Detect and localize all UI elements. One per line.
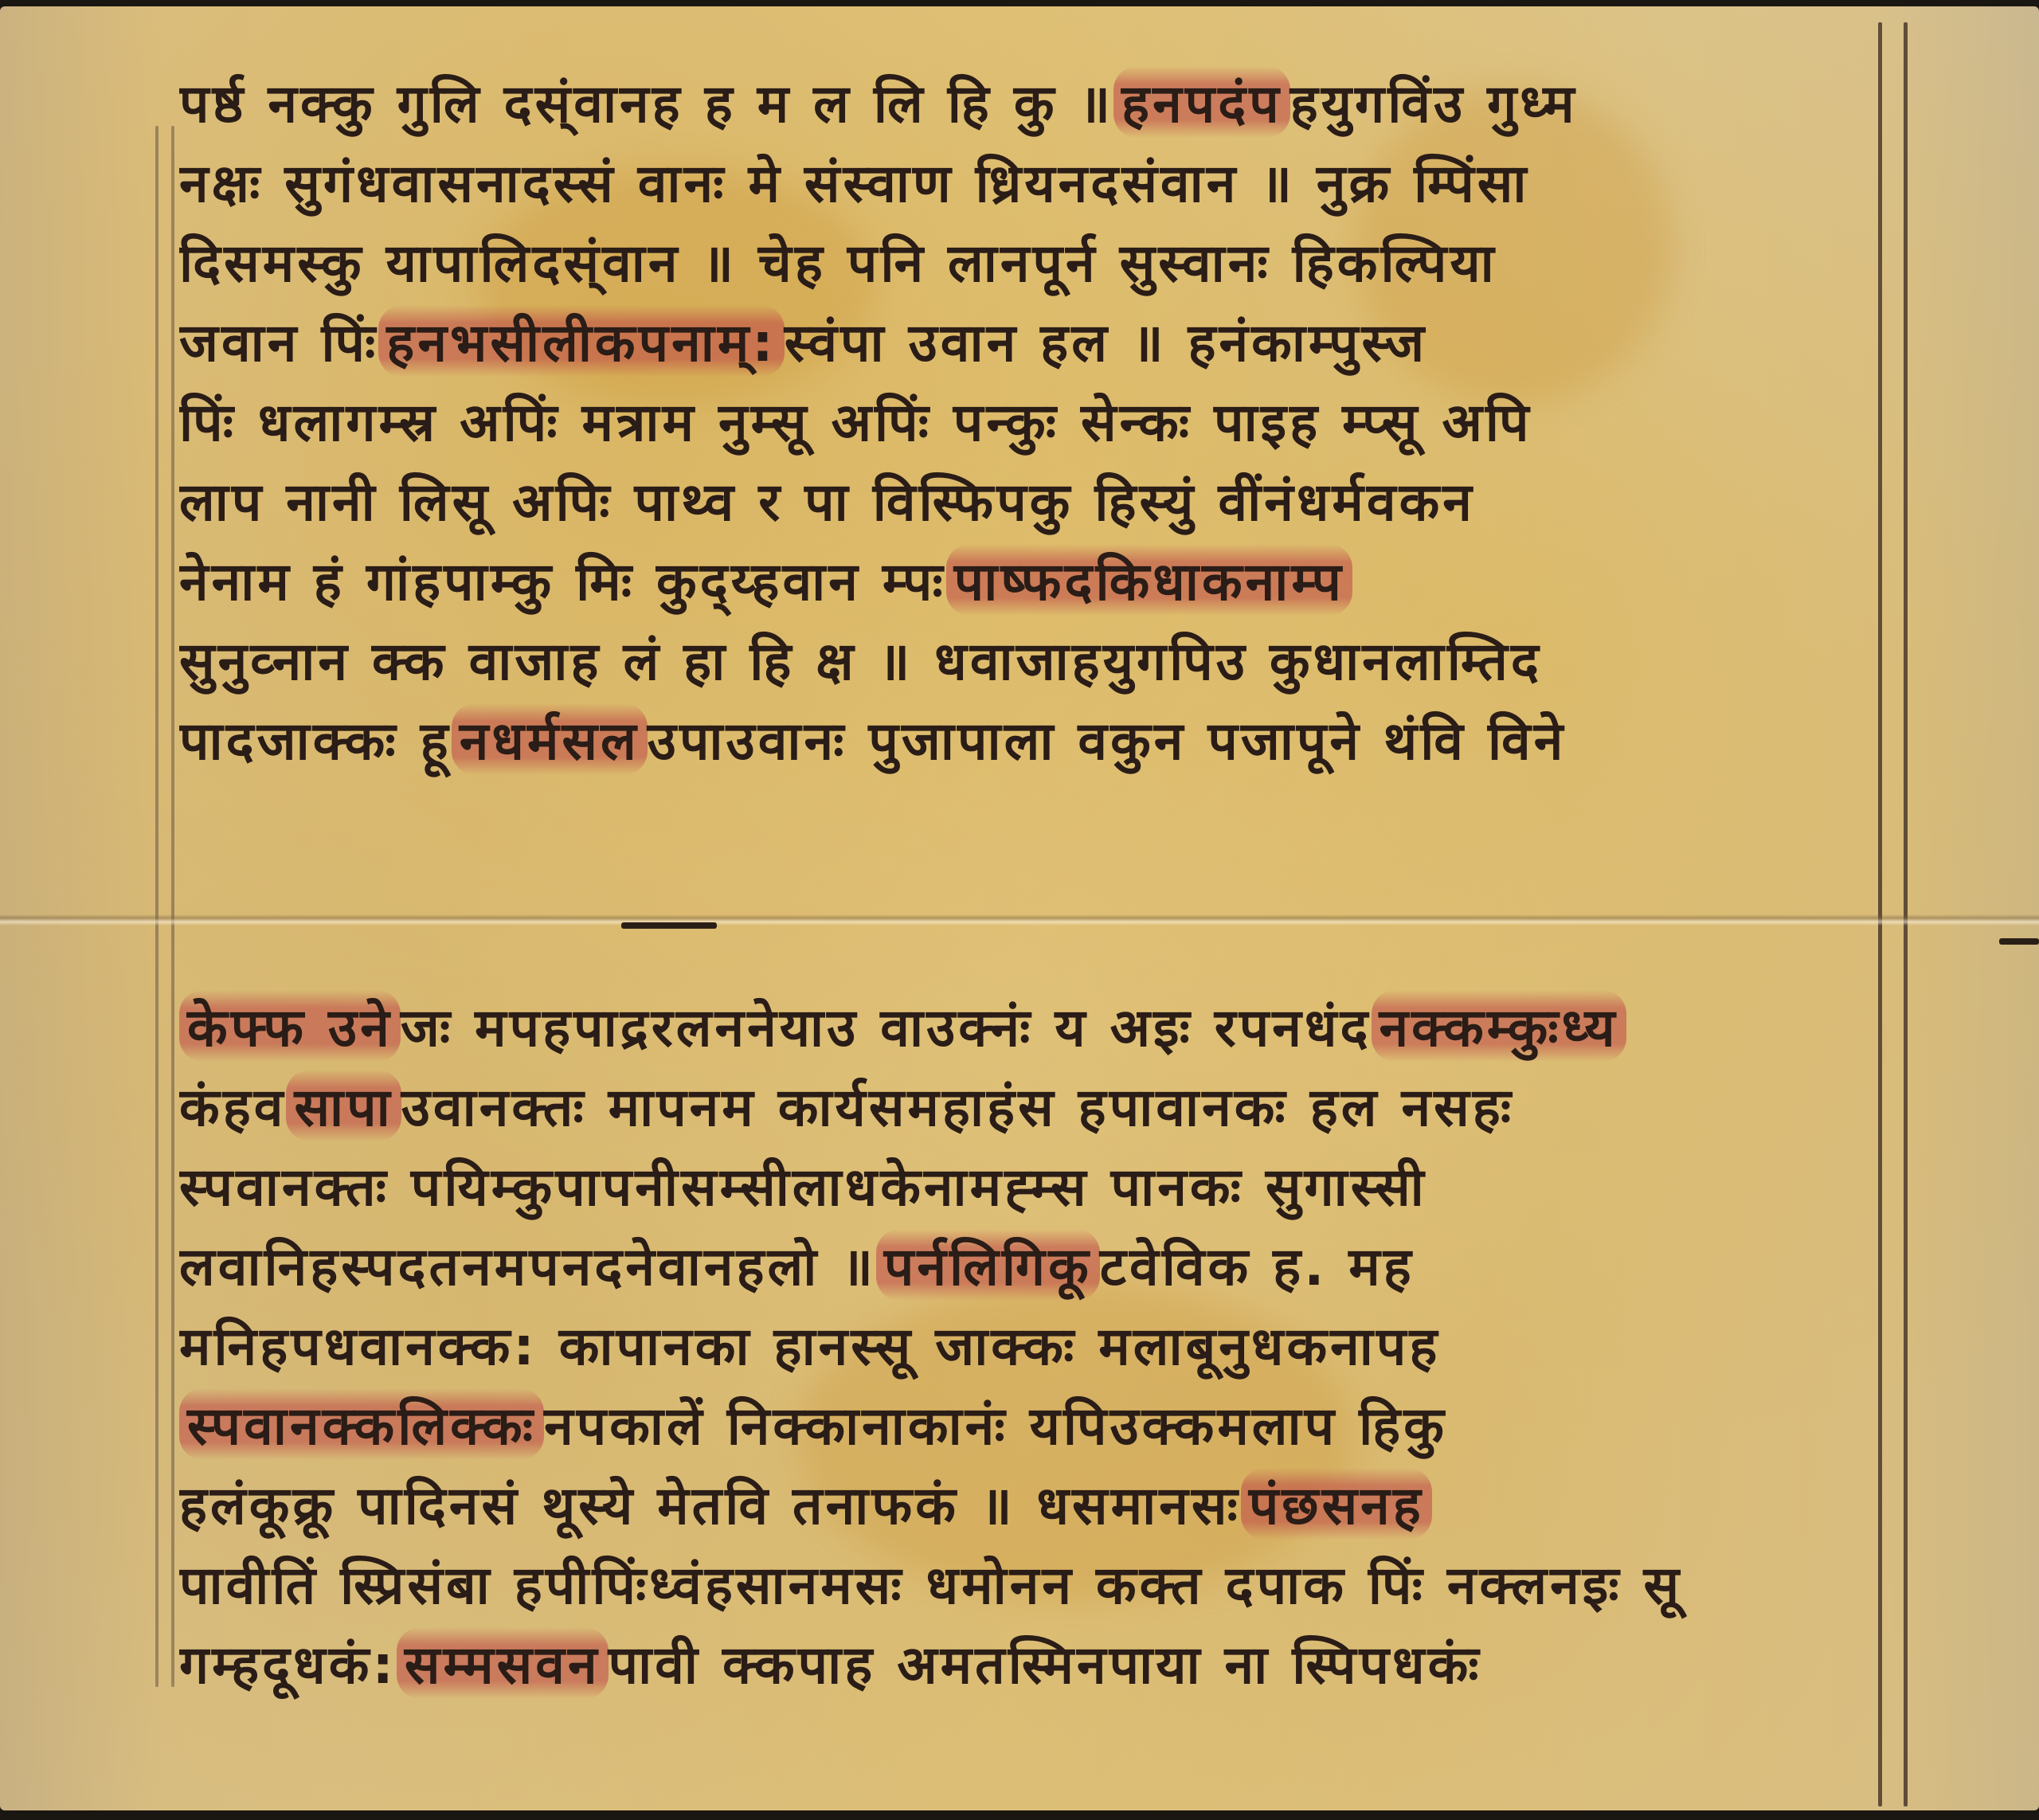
manuscript-line: मनिहपधवानक्क: कापानका हानस्सू जाक्कः मला…	[179, 1305, 1876, 1384]
tear	[1999, 938, 2039, 945]
manuscript-line: स्पवानक्तः पयिम्कुपापनीसम्सीलाधकेनामह्म्…	[179, 1145, 1876, 1225]
manuscript-folio: पर्ष्ठ नक्कु गुलि दस्ंवानह ह म ल लि हि क…	[0, 6, 2039, 1810]
left-margin-rule	[155, 126, 159, 1687]
rubric-text: स्पवानक्कलिक्कः	[179, 1388, 544, 1460]
rubric-text: पाष्फदकिधाकनाम्प	[946, 544, 1352, 616]
manuscript-line: नक्षः सुगंधवासनादस्सं वानः मे संस्वाण ध्…	[179, 142, 1876, 221]
script-text: उवानक्तः मापनम कार्यसमहाहंस हपावानकः हल …	[401, 1070, 1514, 1141]
script-text: जवान पिंः	[179, 305, 378, 377]
rubric-text: सापा	[286, 1070, 401, 1141]
lower-text-block: केफ्फ उने जः मपहपाद्ररलननेयाउ वाउक्नंः य…	[179, 986, 1876, 1703]
rubric-text: सम्मसवन	[397, 1627, 609, 1699]
manuscript-line: पिंः धलागम्स्र अपिंः मत्राम नुम्सू अपिंः…	[179, 381, 1876, 460]
tear	[621, 922, 717, 929]
script-text: पादजाक्कः हू	[179, 703, 452, 775]
rubric-text: पंछसनह	[1241, 1468, 1432, 1540]
script-text: स्पवानक्तः पयिम्कुपापनीसम्सीलाधकेनामह्म्…	[179, 1149, 1427, 1221]
fold-crease	[0, 914, 2039, 926]
script-text: नेनाम हं गांहपाम्कु मिः कुद्य्हवान म्पः	[179, 544, 946, 616]
script-text: दिसमस्कु यापालिदस्ंवान ॥ चेह पनि लानपूर्…	[179, 225, 1497, 297]
script-text: लवानिहस्पदतनमपनदनेवानहलो ॥	[179, 1229, 876, 1301]
manuscript-line: हलंकूक्रू पादिनसं थूस्ये मेतवि तनाफकं ॥ …	[179, 1464, 1876, 1544]
manuscript-line: नेनाम हं गांहपाम्कु मिः कुद्य्हवान म्पः …	[179, 540, 1876, 620]
manuscript-line: पावीतिं स्प्रिसंबा हपीपिंःध्वंहसानमसः धम…	[179, 1544, 1876, 1623]
upper-text-block: पर्ष्ठ नक्कु गुलि दस्ंवानह ह म ल लि हि क…	[179, 62, 1876, 779]
rubric-text: पर्नलिगिकू	[876, 1229, 1100, 1301]
manuscript-line: पादजाक्कः हू नधर्मसल उपाउवानः पुजापाला व…	[179, 699, 1876, 779]
script-text: पर्ष्ठ नक्कु गुलि दस्ंवानह ह म ल लि हि क…	[179, 66, 1113, 138]
manuscript-line: स्पवानक्कलिक्कः नपकालें निक्कानाकानंः यप…	[179, 1384, 1876, 1464]
rubric-text: नधर्मसल	[452, 703, 648, 775]
script-text: पावी क्कपाह अमतस्मिनपाया ना स्पिपधकंः	[609, 1627, 1482, 1699]
rubric-text: हनपदंप	[1113, 66, 1290, 138]
script-text: सुनुव्नान क्क वाजाह लं हा हि क्ष ॥ धवाजा…	[179, 624, 1542, 695]
left-margin-rule	[171, 126, 174, 1687]
script-text: पावीतिं स्प्रिसंबा हपीपिंःध्वंहसानमसः धम…	[179, 1548, 1682, 1619]
script-text: मनिहपधवानक्क: कापानका हानस्सू जाक्कः मला…	[179, 1309, 1440, 1380]
script-text: गम्हदूधकं:	[179, 1627, 397, 1699]
script-text: उपाउवानः पुजापाला वकुन पजापूने थंवि विने	[648, 703, 1567, 775]
script-text: हलंकूक्रू पादिनसं थूस्ये मेतवि तनाफकं ॥ …	[179, 1468, 1241, 1540]
script-text: नपकालें निक्कानाकानंः यपिउक्कमलाप हिकु	[544, 1388, 1447, 1460]
rubric-text: नक्कम्कुःध्य	[1372, 990, 1626, 1062]
manuscript-line: जवान पिंः हनभसीलीकपनाम्: स्वंपा उवान हल …	[179, 301, 1876, 381]
script-text: नक्षः सुगंधवासनादस्सं वानः मे संस्वाण ध्…	[179, 146, 1530, 217]
manuscript-line: केफ्फ उने जः मपहपाद्ररलननेयाउ वाउक्नंः य…	[179, 986, 1876, 1066]
manuscript-line: लवानिहस्पदतनमपनदनेवानहलो ॥ पर्नलिगिकू टव…	[179, 1225, 1876, 1305]
manuscript-line: कंहव सापाउवानक्तः मापनम कार्यसमहाहंस हपा…	[179, 1066, 1876, 1145]
rubric-text: हनभसीलीकपनाम्:	[378, 305, 784, 377]
script-text: पिंः धलागम्स्र अपिंः मत्राम नुम्सू अपिंः…	[179, 385, 1532, 456]
script-text: जः मपहपाद्ररलननेयाउ वाउक्नंः य अइः रपनधं…	[401, 990, 1372, 1062]
rubric-text: केफ्फ उने	[179, 990, 401, 1062]
script-text: हयुगविंउ गुध्म	[1290, 66, 1578, 138]
script-text: स्वंपा उवान हल ॥ हनंकाम्पुस्ज	[785, 305, 1427, 377]
manuscript-line: दिसमस्कु यापालिदस्ंवान ॥ चेह पनि लानपूर्…	[179, 221, 1876, 301]
manuscript-line: लाप नानी लिसू अपिः पाथ्व र पा विस्फिपकु …	[179, 460, 1876, 540]
script-text: कंहव	[179, 1070, 286, 1141]
manuscript-line: पर्ष्ठ नक्कु गुलि दस्ंवानह ह म ल लि हि क…	[179, 62, 1876, 142]
script-text: लाप नानी लिसू अपिः पाथ्व र पा विस्फिपकु …	[179, 464, 1475, 536]
manuscript-line: सुनुव्नान क्क वाजाह लं हा हि क्ष ॥ धवाजा…	[179, 620, 1876, 699]
script-text: टवेविक ह. मह	[1100, 1229, 1415, 1301]
manuscript-line: गम्हदूधकं: सम्मसवन पावी क्कपाह अमतस्मिनप…	[179, 1623, 1876, 1703]
